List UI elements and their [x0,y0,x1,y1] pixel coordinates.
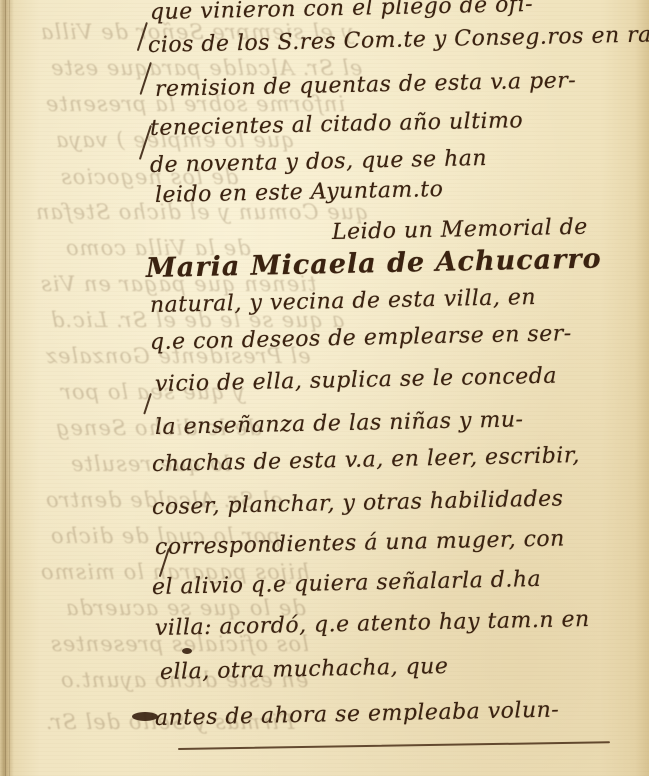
closing-rule-line [178,741,610,750]
pen-stroke [143,393,152,415]
manuscript-line-15: correspondientes á una muger, con [155,526,565,560]
section-heading: Leido un Memorial de [332,215,588,245]
manuscript-line-18: ella, otra muchacha, que [160,654,449,685]
pen-stroke [137,22,148,51]
manuscript-line-14: coser, planchar, y otras habilidades [152,486,564,520]
manuscript-line-5: de noventa y dos, que se han [150,146,488,178]
manuscript-line-3: remision de quentas de esta v.a per- [155,68,577,102]
manuscript-page: y el siempre Señor de Villa el Sr. Alcal… [0,0,649,776]
manuscript-line-6: leido en este Ayuntam.to [155,177,444,208]
petitioner-name: Maria Micaela de Achucarro [146,243,602,284]
pen-stroke [139,62,151,95]
manuscript-line-16: el alivio q.e quiera señalarla d.ha [152,567,542,600]
manuscript-line-1: que vinieron con el pliego de ofi- [150,0,534,25]
manuscript-line-4: tenecientes al citado año ultimo [150,108,524,141]
manuscript-line-17: villa: acordó, q.e atento hay tam.n en [155,607,590,641]
manuscript-line-10: q.e con deseos de emplearse en ser- [150,321,572,355]
manuscript-line-11: vicio de ella, suplica se le conceda [155,364,557,397]
manuscript-line-2: cios de los S.res Com.te y Conseg.ros en… [148,20,649,58]
manuscript-line-9: natural, y vecina de esta villa, en [150,285,537,318]
ink-blot [182,648,192,654]
binding-edge-line [5,0,6,776]
manuscript-line-12: la enseñanza de las niñas y mu- [155,407,524,440]
ink-blot [132,712,158,721]
binding-edge-line [9,0,10,776]
manuscript-line-13: chachas de esta v.a, en leer, escribir, [152,443,580,477]
manuscript-line-19: antes de ahora se empleaba volun- [155,698,560,731]
